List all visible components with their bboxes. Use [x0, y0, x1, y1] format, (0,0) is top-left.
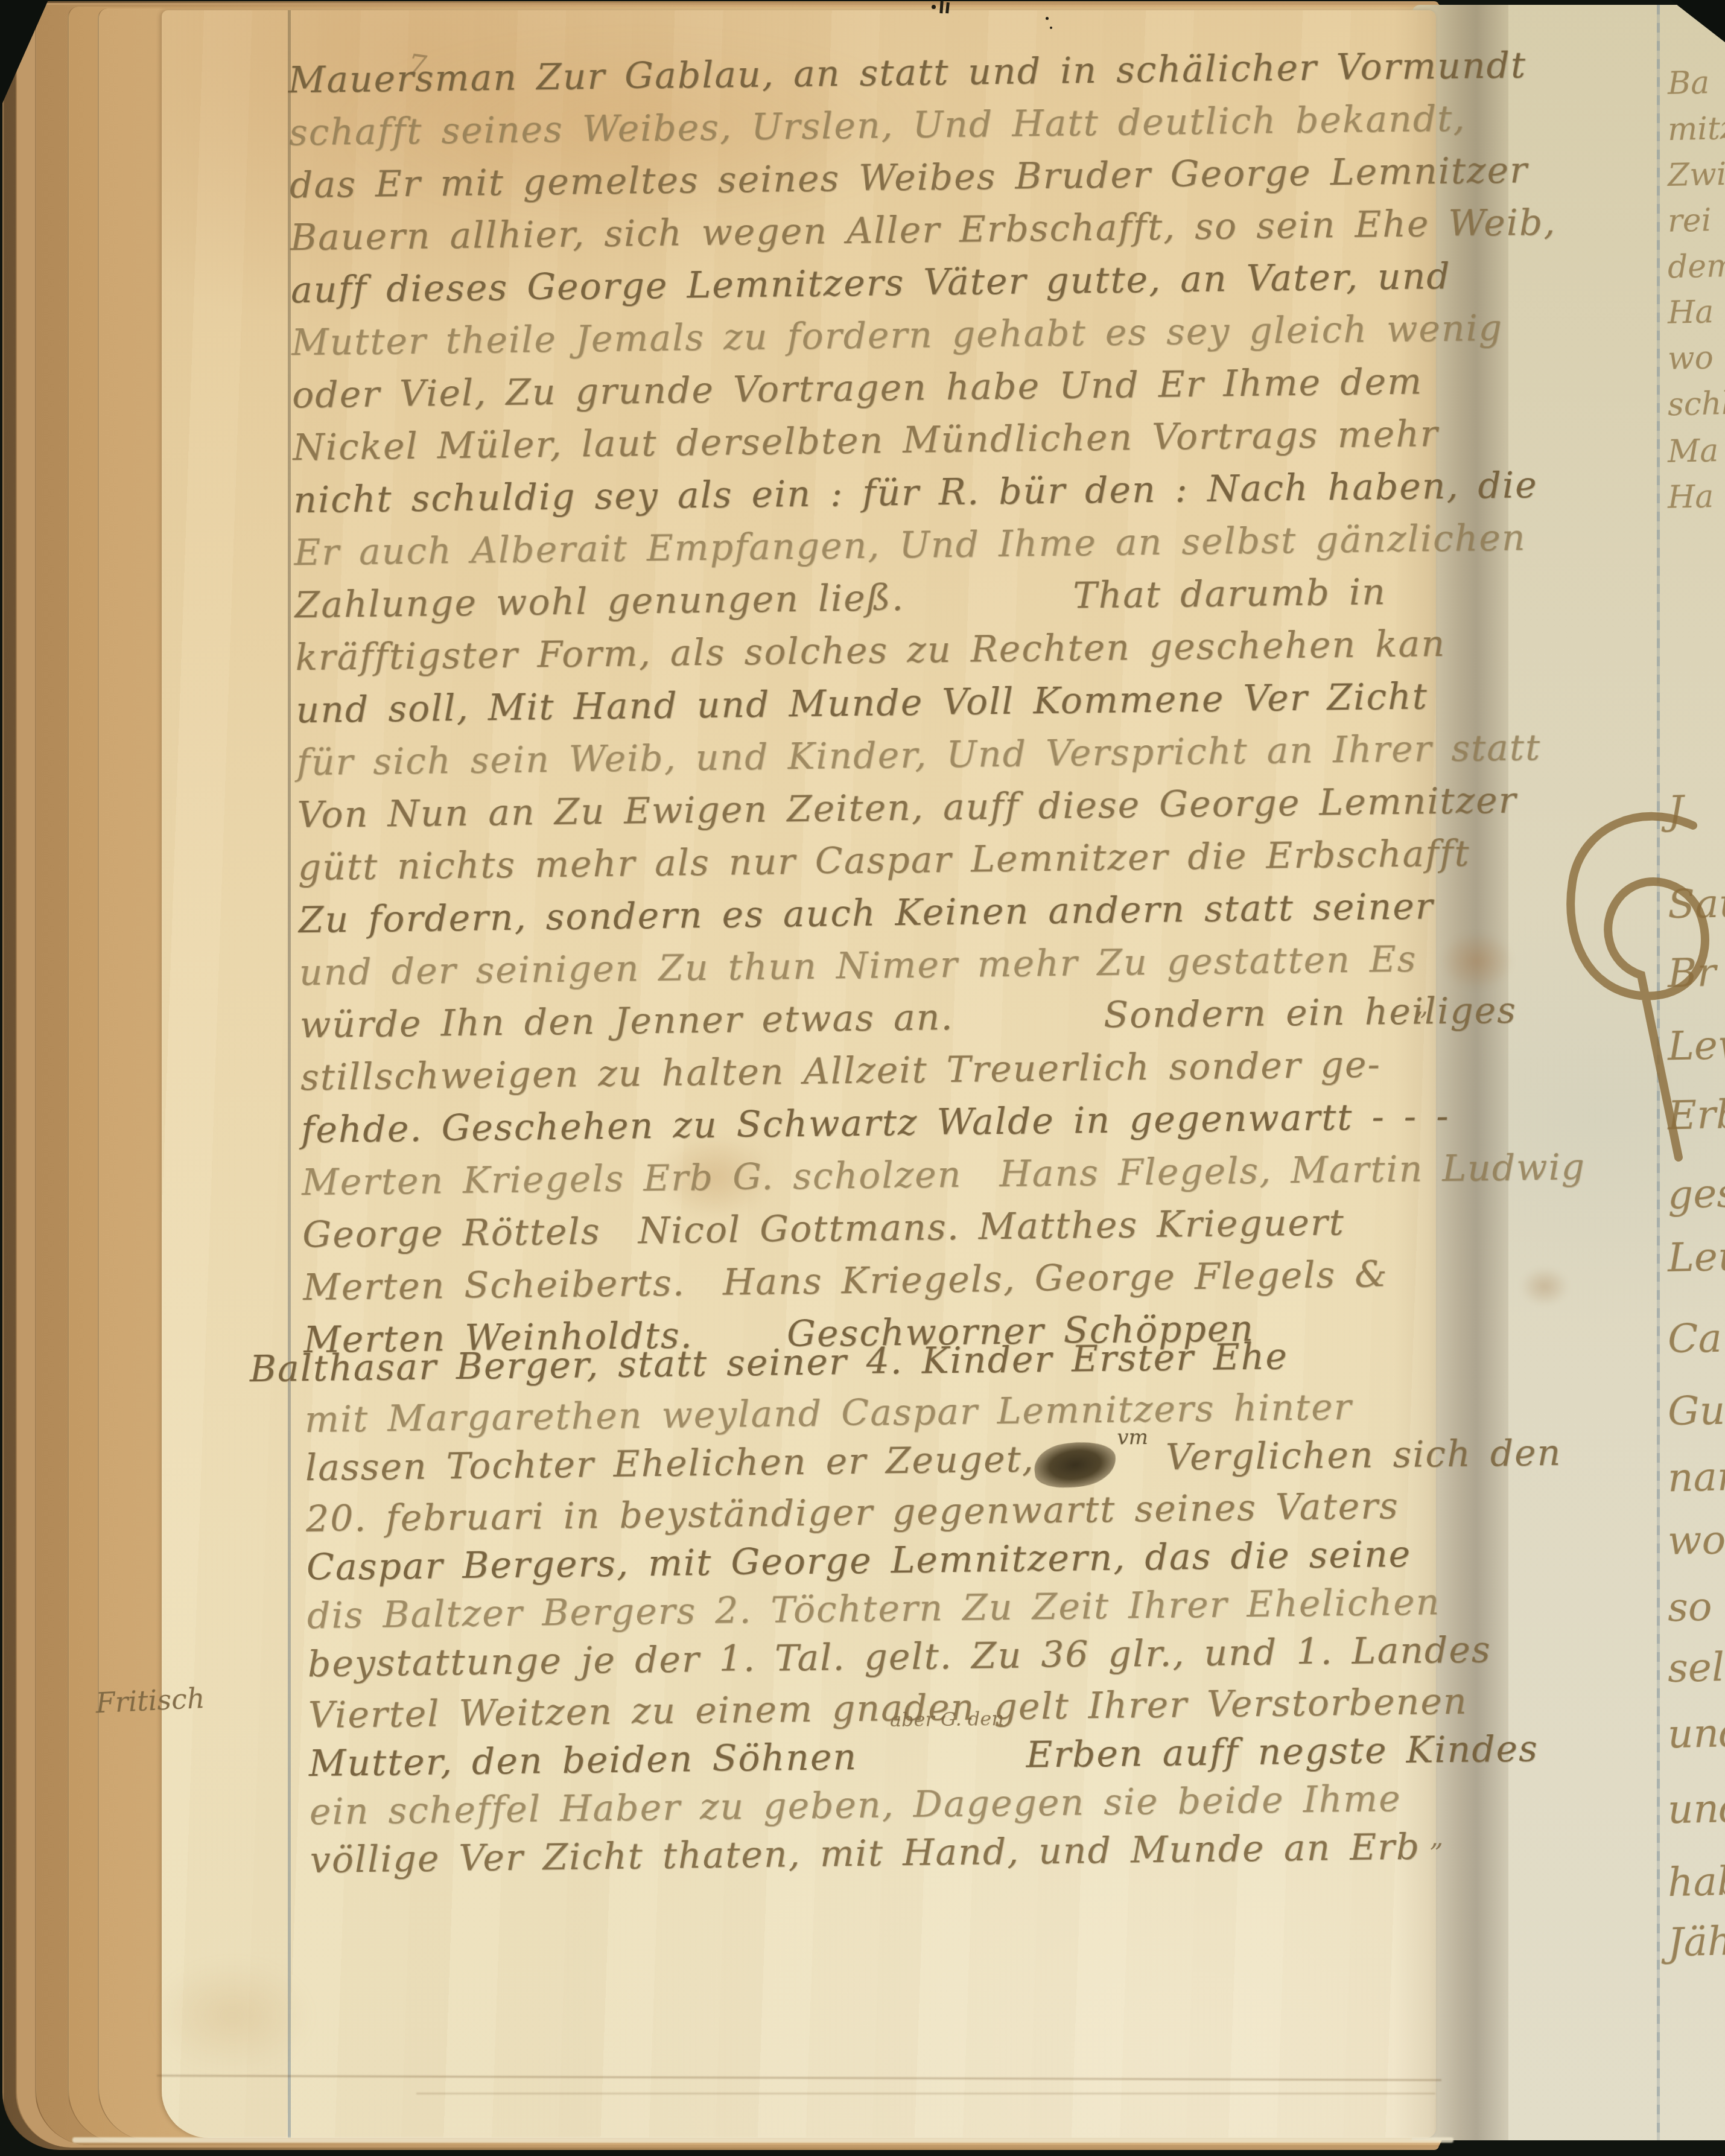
debris-speck — [932, 5, 936, 9]
right-page-fragment: und — [1667, 1713, 1725, 1755]
manuscript-line: schafft seines Weibes, Urslen, Und Hatt … — [288, 98, 1466, 153]
manuscript-line: und der seinigen Zu thun Nimer mehr Zu g… — [299, 940, 1417, 993]
right-page-fragment: wo — [1667, 342, 1714, 375]
manuscript-line: gütt nichts mehr als nur Caspar Lemnitze… — [297, 833, 1470, 888]
manuscript-line: Merten Kriegels Erb G. scholzen Hans Fle… — [302, 1147, 1586, 1203]
manuscript-line: mit Margarethen weyland Caspar Lemnitzer… — [305, 1387, 1353, 1440]
pen-flourish-mark: 7 — [405, 51, 428, 82]
interlinear-insertion: aber G. den — [890, 1709, 1004, 1729]
manuscript-line: Mauersman Zur Gablau, an statt und in sc… — [288, 45, 1526, 100]
right-page-fragment: Leuth — [1667, 1236, 1725, 1278]
manuscript-line: Nickel Müler, laut derselbten Mündlichen… — [293, 414, 1439, 468]
right-page-fragment: nam — [1667, 1456, 1725, 1498]
right-page-fragment: und — [1667, 1789, 1725, 1830]
manuscript-line: das Er mit gemeltes seines Weibes Bruder… — [290, 150, 1529, 205]
right-page-fragment: selbig — [1667, 1646, 1725, 1688]
manuscript-line: ein scheffel Haber zu geben, Dagegen sie… — [309, 1779, 1401, 1832]
manuscript-line: Viertel Weitzen zu einem gnaden gelt Ihr… — [308, 1682, 1467, 1735]
right-page-fragment: rei — [1667, 205, 1711, 237]
handwritten-text-block: Mauersman Zur Gablau, an statt und in sc… — [0, 0, 1725, 2156]
flourished-initial — [1549, 807, 1725, 1194]
manuscript-line: würde Ihn den Jenner etwas an. Sondern e… — [300, 991, 1517, 1046]
paragraph-2: Balthasar Berger, statt seiner 4. Kinder… — [0, 0, 1724, 4]
debris-speck — [1046, 17, 1049, 20]
right-page-fragment: mitz — [1667, 113, 1725, 145]
manuscript-line: oder Viel, Zu grunde Vortragen habe Und … — [292, 361, 1423, 415]
debris-speck — [1050, 27, 1052, 29]
manuscript-line: beystattunge je der 1. Tal. gelt. Zu 36 … — [307, 1630, 1491, 1684]
manuscript-line: auff dieses George Lemnitzers Väter gutt… — [291, 256, 1451, 310]
manuscript-line: Zu fordern, sondern es auch Keinen ander… — [298, 886, 1434, 940]
manuscript-scan: Mauersman Zur Gablau, an statt und in sc… — [0, 0, 1725, 2156]
manuscript-line: Bauern allhier, sich wegen Aller Erbscha… — [290, 203, 1557, 258]
right-page-fragment: Ha — [1667, 481, 1714, 514]
manuscript-line: und soll, Mit Hand und Munde Voll Kommen… — [296, 676, 1428, 730]
manuscript-line: fehde. Geschehen zu Schwartz Walde in ge… — [301, 1096, 1450, 1150]
manuscript-line: stillschweigen zu halten Allzeit Treuerl… — [300, 1045, 1381, 1098]
line-end-mark: „ — [1429, 1824, 1443, 1851]
manuscript-line: für sich sein Weib, und Kinder, Und Vers… — [296, 728, 1541, 783]
right-page-fragment: Ha — [1667, 296, 1714, 329]
right-page-fragment: Zwi — [1667, 159, 1725, 191]
right-page-fragment: Ca D — [1667, 1317, 1725, 1359]
line-end-mark: „ — [1414, 993, 1428, 1019]
manuscript-line: Er auch Alberait Empfangen, Und Ihme an … — [294, 518, 1526, 573]
right-page-fragment: Ma — [1667, 435, 1718, 468]
correction-above-strikethrough: vm — [1117, 1427, 1148, 1448]
right-page-fragment: Ba — [1667, 67, 1709, 99]
right-page-fragment: Guid — [1667, 1390, 1725, 1431]
paragraph-1: Mauersman Zur Gablau, an statt und in sc… — [0, 0, 1724, 4]
manuscript-line: lassen Tochter Ehelichen er Zeuget, Verg… — [305, 1433, 1561, 1488]
manuscript-line: Caspar Bergers, mit George Lemnitzern, d… — [307, 1534, 1412, 1588]
margin-annotation: Fritisch — [95, 1684, 206, 1717]
right-page-fragment: dem — [1667, 250, 1725, 283]
right-page-fragment: Jähr — [1667, 1921, 1725, 1963]
manuscript-line: Von Nun an Zu Ewigen Zeiten, auff diese … — [297, 780, 1517, 835]
manuscript-line: George Röttels Nicol Gottmans. Matthes K… — [302, 1203, 1345, 1255]
manuscript-line: kräfftigster Form, als solches zu Rechte… — [295, 624, 1446, 678]
manuscript-line: völlige Ver Zicht thaten, mit Hand, und … — [310, 1827, 1420, 1880]
manuscript-line: Zahlunge wohl genungen ließ. That darumb… — [294, 572, 1387, 625]
manuscript-line: Merten Scheiberts. Hans Kriegels, George… — [303, 1254, 1388, 1308]
manuscript-line: nicht schuldig sey als ein : für R. bür … — [293, 465, 1538, 520]
right-page-fragment: so g — [1667, 1586, 1725, 1628]
manuscript-line: Mutter, den beiden Söhnen Erben auff neg… — [308, 1729, 1539, 1784]
manuscript-line: Mutter theile Jemals zu fordern gehabt e… — [291, 308, 1504, 363]
paper-crease — [416, 2093, 1435, 2094]
right-page-fragment: schl — [1667, 388, 1725, 421]
right-page-fragment: haben — [1667, 1860, 1725, 1903]
manuscript-line: dis Baltzer Bergers 2. Töchtern Zu Zeit … — [307, 1582, 1440, 1636]
page-bottom-edge-highlight — [72, 2137, 1453, 2143]
right-page-fragment: wor — [1667, 1520, 1725, 1562]
manuscript-line: 20. februari in beyständiger gegenwartt … — [306, 1486, 1399, 1539]
